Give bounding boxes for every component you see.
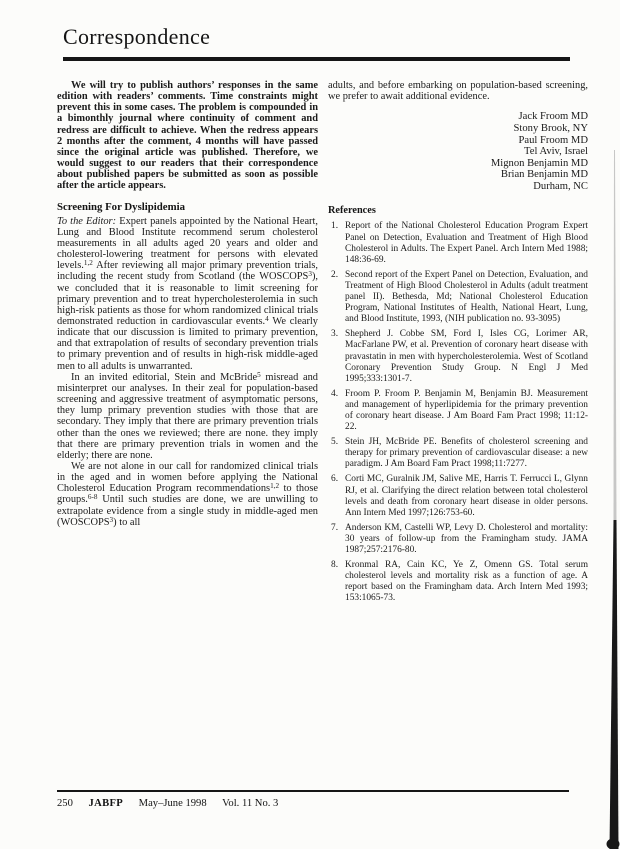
reference-item: 1.Report of the National Cholesterol Edu… bbox=[328, 221, 588, 265]
reference-item: 4.Froom P. Froom P. Benjamin M, Benjamin… bbox=[328, 389, 588, 433]
superscript-citation: 1,2 bbox=[270, 482, 279, 490]
reference-item: 5.Stein JH, McBride PE. Benefits of chol… bbox=[328, 437, 588, 470]
reference-number: 2. bbox=[331, 270, 338, 281]
page-number: 250 bbox=[57, 798, 73, 809]
reference-text: Kronmal RA, Cain KC, Ye Z, Omenn GS. Tot… bbox=[345, 560, 588, 603]
reference-number: 5. bbox=[331, 437, 338, 448]
letter-paragraphs: To the Editor: Expert panels appointed b… bbox=[57, 216, 318, 528]
letter-paragraph: We are not alone in our call for randomi… bbox=[57, 461, 318, 528]
signature-line: Tel Aviv, Israel bbox=[328, 146, 588, 158]
letter-paragraph: To the Editor: Expert panels appointed b… bbox=[57, 216, 318, 372]
reference-text: Second report of the Expert Panel on Det… bbox=[345, 270, 588, 324]
left-column: We will try to publish authors’ response… bbox=[57, 80, 318, 528]
reference-item: 8.Kronmal RA, Cain KC, Ye Z, Omenn GS. T… bbox=[328, 560, 588, 604]
volume-number: Vol. 11 No. 3 bbox=[222, 798, 278, 809]
reference-text: Shepherd J. Cobbe SM, Ford I, Isles CG, … bbox=[345, 329, 588, 383]
signature-line: Mignon Benjamin MD bbox=[328, 158, 588, 170]
superscript-citation: 4 bbox=[265, 315, 269, 323]
references-heading: References bbox=[328, 205, 588, 216]
letter-paragraph: In an invited editorial, Stein and McBri… bbox=[57, 372, 318, 461]
page-title: Correspondence bbox=[63, 24, 210, 50]
reference-text: Froom P. Froom P. Benjamin M, Benjamin B… bbox=[345, 389, 588, 432]
editor-note-paragraph: We will try to publish authors’ response… bbox=[57, 80, 318, 192]
salutation: To the Editor: bbox=[57, 216, 116, 227]
reference-number: 7. bbox=[331, 523, 338, 534]
title-rule bbox=[63, 57, 570, 61]
reference-text: Stein JH, McBride PE. Benefits of choles… bbox=[345, 437, 588, 469]
reference-text: Corti MC, Guralnik JM, Salive ME, Harris… bbox=[345, 474, 588, 517]
superscript-citation: 5 bbox=[257, 371, 261, 379]
reference-number: 8. bbox=[331, 560, 338, 571]
superscript-citation: 1,2 bbox=[84, 259, 93, 267]
reference-item: 3.Shepherd J. Cobbe SM, Ford I, Isles CG… bbox=[328, 329, 588, 384]
reference-number: 1. bbox=[331, 221, 338, 232]
signature-line: Paul Froom MD bbox=[328, 135, 588, 147]
signature-line: Brian Benjamin MD bbox=[328, 169, 588, 181]
letter-continuation: adults, and before embarking on populati… bbox=[328, 80, 588, 102]
right-column: adults, and before embarking on populati… bbox=[328, 80, 588, 608]
reference-text: Report of the National Cholesterol Educa… bbox=[345, 221, 588, 264]
signature-line: Stony Brook, NY bbox=[328, 123, 588, 135]
superscript-citation: 3 bbox=[308, 270, 312, 278]
footer-rule bbox=[57, 790, 569, 792]
signature-block: Jack Froom MDStony Brook, NYPaul Froom M… bbox=[328, 111, 588, 192]
superscript-citation: 6-8 bbox=[88, 493, 98, 501]
references-list: 1.Report of the National Cholesterol Edu… bbox=[328, 221, 588, 604]
reference-item: 2.Second report of the Expert Panel on D… bbox=[328, 270, 588, 325]
issue-date: May–June 1998 bbox=[139, 798, 207, 809]
journal-abbreviation: JABFP bbox=[89, 798, 123, 809]
reference-number: 6. bbox=[331, 474, 338, 485]
letter-heading: Screening For Dyslipidemia bbox=[57, 201, 318, 213]
reference-item: 6.Corti MC, Guralnik JM, Salive ME, Harr… bbox=[328, 474, 588, 518]
signature-line: Jack Froom MD bbox=[328, 111, 588, 123]
reference-number: 4. bbox=[331, 389, 338, 400]
reference-text: Anderson KM, Castelli WP, Levy D. Choles… bbox=[345, 523, 588, 555]
signature-line: Durham, NC bbox=[328, 181, 588, 193]
reference-item: 7.Anderson KM, Castelli WP, Levy D. Chol… bbox=[328, 523, 588, 556]
reference-number: 3. bbox=[331, 329, 338, 340]
journal-page: Correspondence We will try to publish au… bbox=[0, 0, 620, 849]
page-footer: 250 JABFP May–June 1998 Vol. 11 No. 3 bbox=[57, 798, 291, 809]
superscript-citation: 3 bbox=[110, 516, 114, 524]
